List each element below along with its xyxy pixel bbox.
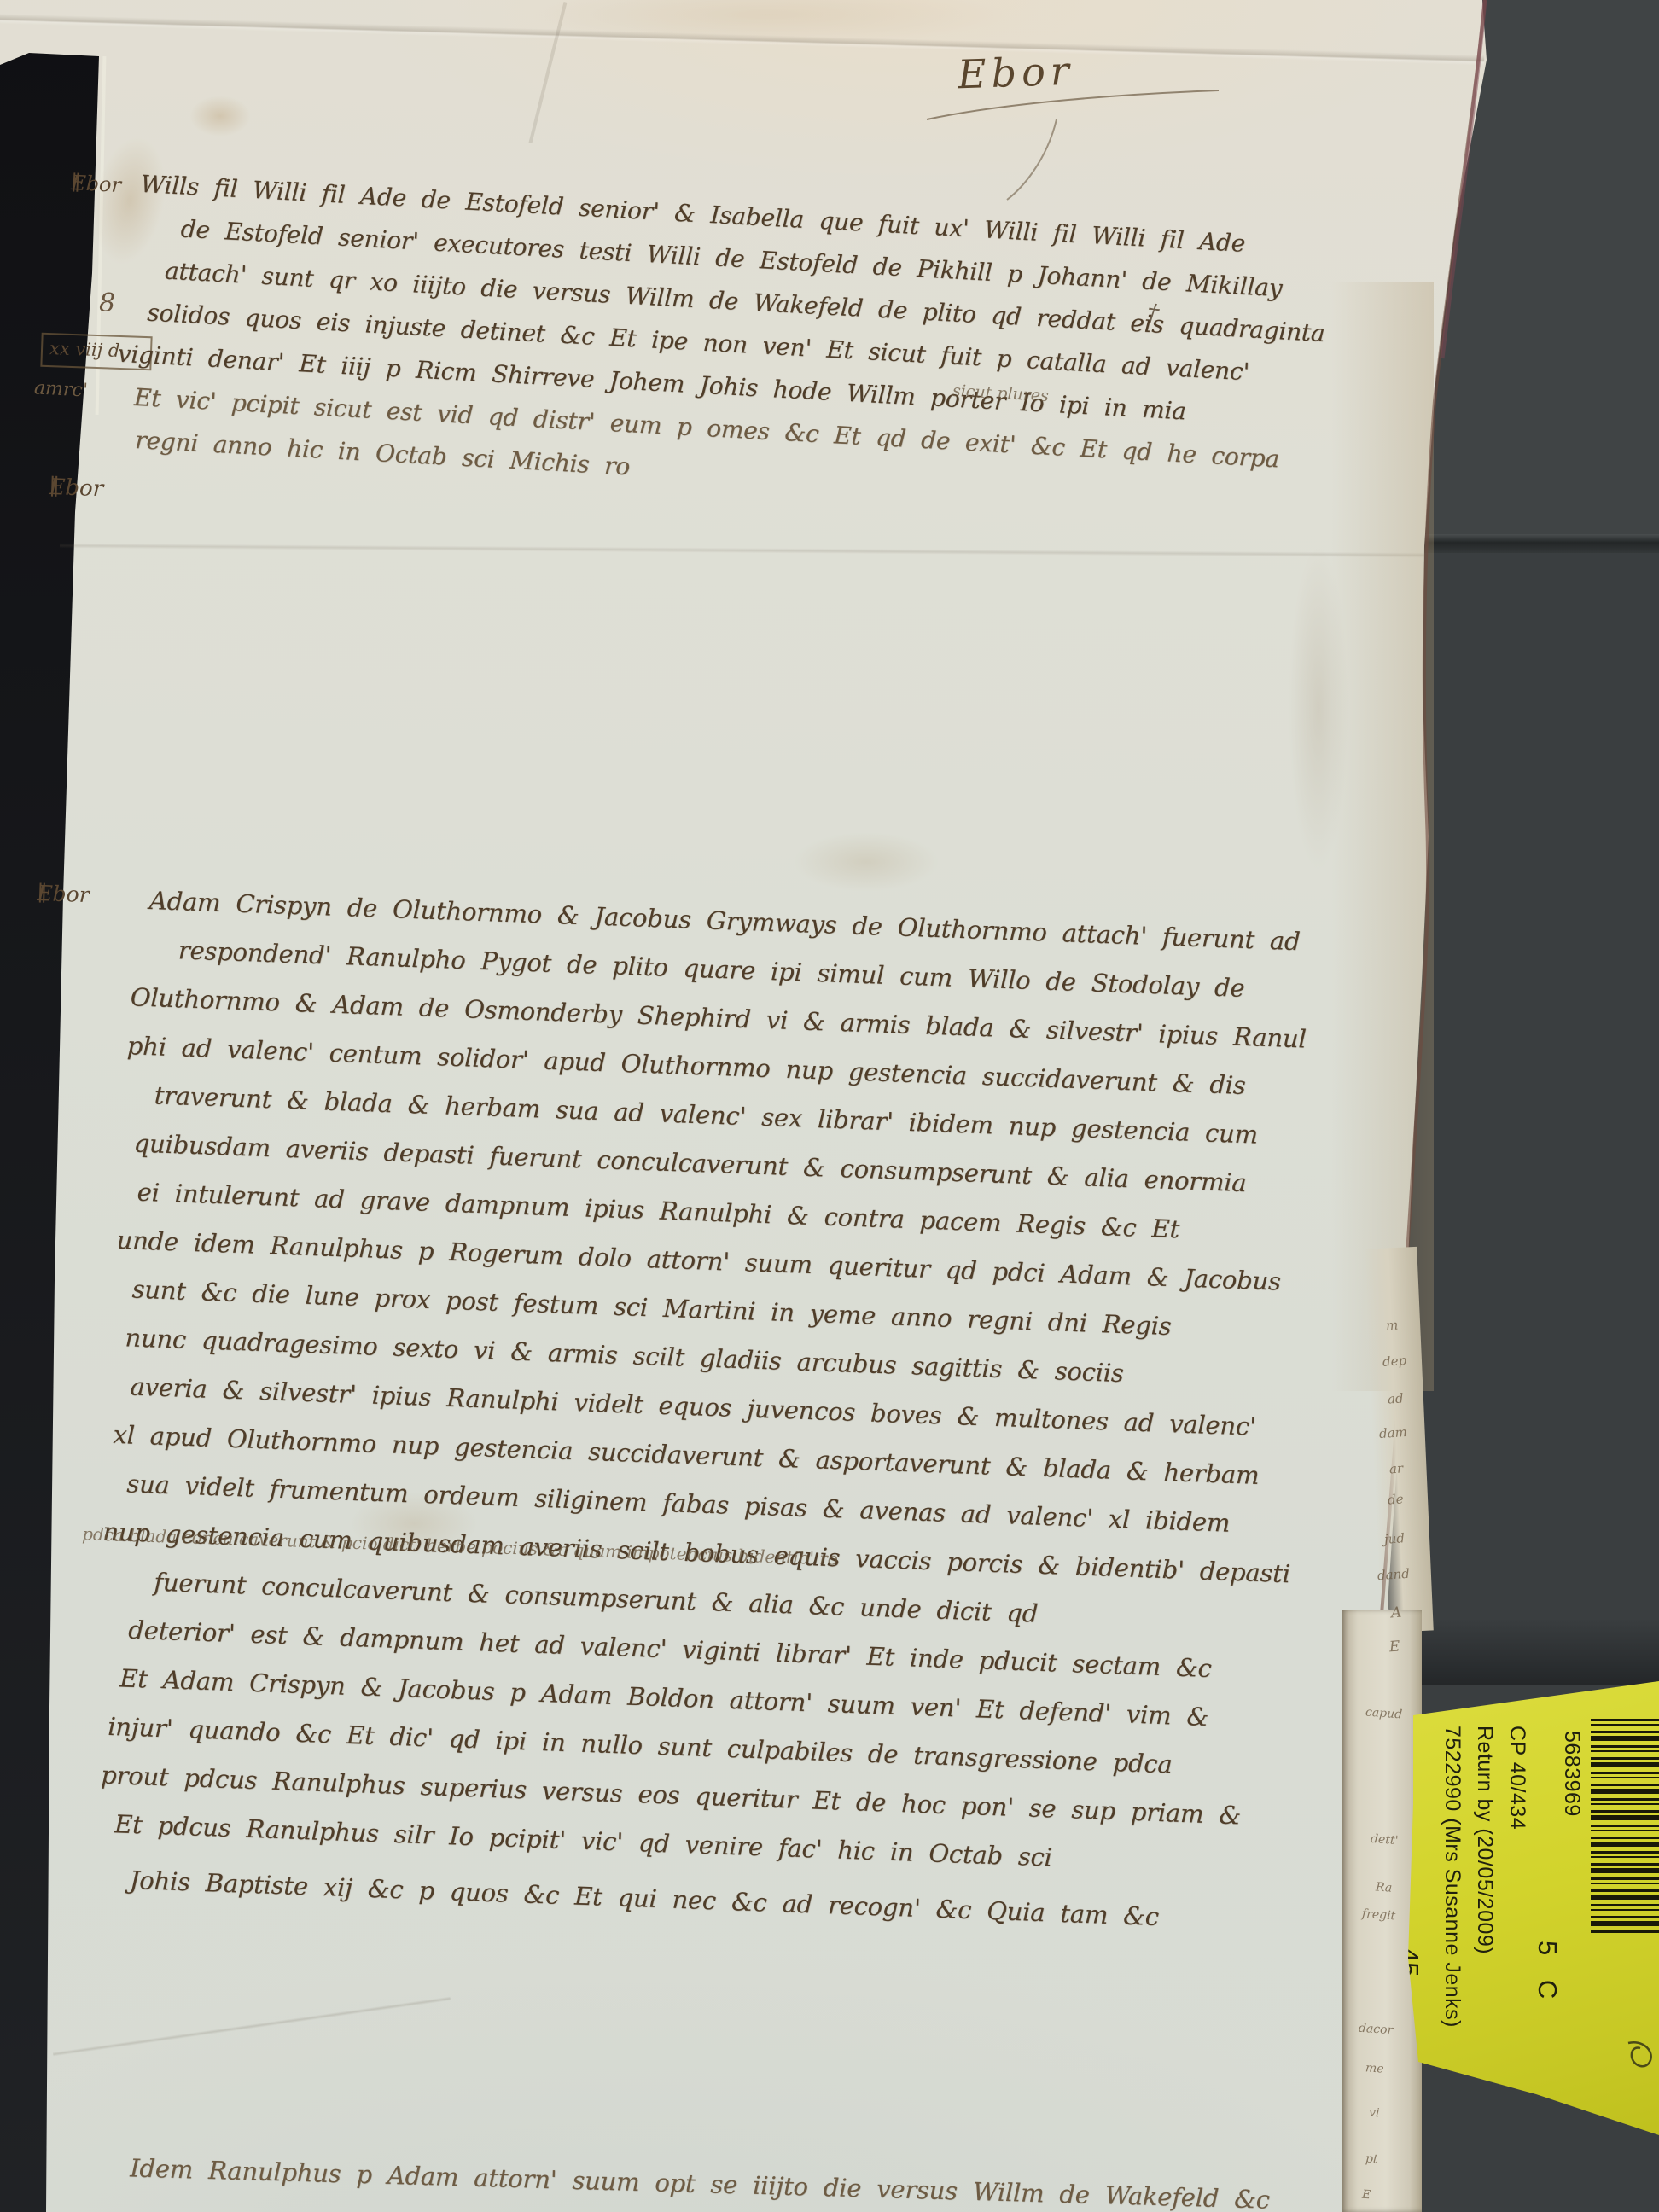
label-number: 5683969 (1559, 1731, 1584, 1817)
edge-note: Ra (1375, 1880, 1392, 1895)
margin-pleas-mark: ∥ (71, 171, 82, 195)
label-reference: CP 40/434 (1505, 1726, 1529, 1830)
edge-note: dacor (1358, 2022, 1393, 2038)
margin-pleas-mark: ∥ (37, 881, 48, 905)
label-return-by: Return by (20/05/2009) (1472, 1726, 1497, 1954)
edge-note: m (1385, 1318, 1398, 1334)
edge-note: dett' (1370, 1832, 1398, 1848)
roll-header-county: Ebor (957, 48, 1075, 98)
manuscript-photo: Ebor Ebor ∥ 8 xx viij d amrc' Wills fil … (0, 0, 1659, 2212)
edge-note: dam (1378, 1424, 1407, 1441)
edge-note: E (1388, 1639, 1400, 1656)
edge-note: fregit (1361, 1907, 1395, 1924)
edge-note: vi (1368, 2106, 1379, 2121)
label-shelf-row: 5 C (1524, 1941, 1570, 2007)
edge-note: jud (1383, 1530, 1405, 1547)
archive-label-content: 5683969 CP 40/434 Return by (20/05/2009)… (1405, 1676, 1659, 2137)
margin-pleas-mark: ∥ (49, 474, 60, 500)
margin-figure: 8 (99, 288, 115, 318)
edge-note: capud (1365, 1706, 1402, 1722)
entry3-paragraph: Adam Crispyn de Oluthornmo & Jacobus Gry… (90, 876, 1457, 1951)
margin-amercement-sum: xx viij d (49, 338, 120, 361)
edge-note: E (1361, 2188, 1371, 2203)
edge-note: de (1387, 1491, 1404, 1507)
edge-note: dand (1377, 1566, 1410, 1584)
edge-note: ar (1388, 1460, 1403, 1476)
margin-amercement-note: amrc' (33, 377, 88, 401)
edge-note: ad (1387, 1390, 1404, 1406)
pen-squiggle (1623, 2038, 1657, 2079)
edge-note: dep (1382, 1353, 1406, 1370)
edge-note: me (1365, 2061, 1384, 2075)
barcode (1591, 1719, 1659, 1934)
edge-note: A (1390, 1604, 1402, 1622)
edge-note: pt (1365, 2152, 1378, 2167)
